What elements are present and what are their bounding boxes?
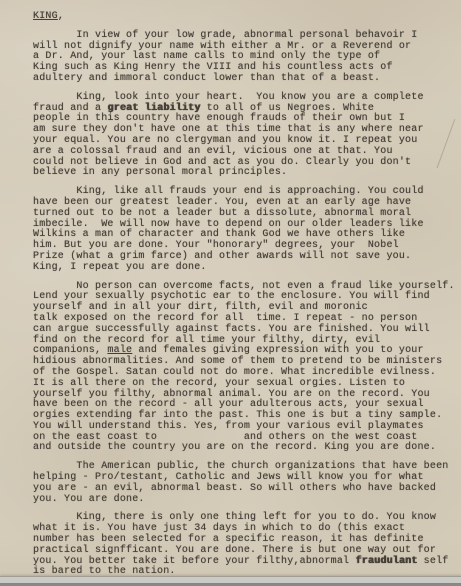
letter-text-segment: find on the record for all time your fil… <box>33 335 380 346</box>
letter-text-segment: Prize (what a grim farce) and other awar… <box>33 251 411 262</box>
letter-text-segment: him. But you are done. Your "honorary" d… <box>33 240 399 251</box>
scan-edge <box>0 576 461 583</box>
letter-text-segment: believe in any personal moral principles… <box>33 167 287 178</box>
letter-page: KING, In view of your low grade, abnorma… <box>0 0 461 583</box>
letter-text-segment: and outside the country you are on the r… <box>33 442 436 453</box>
letter-text-segment: your equal. You are no clergyman and you… <box>33 135 417 146</box>
letter-text-segment: number has been selected for a specific … <box>33 534 424 545</box>
overstruck-text: fraudulant <box>355 556 417 567</box>
letter-text-segment: self <box>417 556 448 567</box>
letter-line: KING, <box>33 12 457 23</box>
letter-text-segment: In view of your low grade, abnormal pers… <box>33 30 417 41</box>
letter-text-segment: It is all there on the record, your sexu… <box>33 378 405 389</box>
letter-text-segment: you. You better take it before your filt… <box>33 556 355 567</box>
letter-text-segment: practical signfficant. You are done. The… <box>33 545 436 556</box>
underlined-text: male <box>107 345 132 356</box>
letter-line: adultery and immoral conduct lower than … <box>33 74 457 85</box>
letter-paragraph: King, look into your heart. You know you… <box>33 93 457 179</box>
letter-text-segment: imbecile. We will now have to depend on … <box>33 219 424 230</box>
letter-text-segment: turned out to be not a leader but a diss… <box>33 208 411 219</box>
letter-text-segment: King, there is only one thing left for y… <box>33 512 436 523</box>
letter-text-segment: can argue successfully against facts. Yo… <box>33 324 430 335</box>
letter-text-segment: King, look into your heart. You know you… <box>33 92 424 103</box>
letter-text-segment: helping - Pro/testant, Catholic and Jews… <box>33 472 424 483</box>
letter-text-segment: and females giving expression with you t… <box>132 345 423 356</box>
letter-text-segment: could not believe in God and act as you … <box>33 157 411 168</box>
letter-text-segment: you are - an evil, abnormal beast. So wi… <box>33 483 436 494</box>
letter-text-segment: orgies extending far into the past. This… <box>33 410 442 421</box>
letter-text-segment: King, like all frauds your end is approa… <box>33 186 424 197</box>
letter-text-segment: what it is. You have just 34 days in whi… <box>33 523 405 534</box>
letter-text-segment: You will understand this. Yes, from your… <box>33 421 424 432</box>
letter-text-segment: King such as King Henry the VIII and his… <box>33 62 393 73</box>
letter-text-segment: people in this country have enough fraud… <box>33 113 405 124</box>
letter-line: believe in any personal moral principles… <box>33 168 457 179</box>
letter-text-segment: talk exposed on the record for all time.… <box>33 313 417 324</box>
letter-text-segment: King, I repeat you are done. <box>33 262 207 273</box>
letter-body: KING, In view of your low grade, abnorma… <box>33 12 457 583</box>
letter-paragraph: No person can overcome facts, not even a… <box>33 282 457 455</box>
letter-text-segment: companions, <box>33 345 107 356</box>
underlined-text: KING <box>33 11 58 22</box>
letter-line: King, I repeat you are done. <box>33 263 457 274</box>
letter-text-segment: Wilkins a man of character and thank God… <box>33 229 405 240</box>
letter-text-segment: fraud and a <box>33 103 107 114</box>
letter-text-segment: you. You are done. <box>33 494 145 505</box>
overstruck-text: great liability <box>107 103 200 114</box>
letter-text-segment: adultery and immoral conduct lower than … <box>33 73 380 84</box>
letter-text-segment: Lend your sexually psychotic ear to the … <box>33 291 430 302</box>
letter-paragraph: King, there is only one thing left for y… <box>33 513 457 578</box>
letter-text-segment: , <box>58 11 64 22</box>
letter-paragraph: The American public, the church organiza… <box>33 462 457 505</box>
letter-text-segment: have been on the record - all your adult… <box>33 399 424 410</box>
letter-text-segment: are a colossal fraud and an evil, viciou… <box>33 146 393 157</box>
letter-paragraph: King, like all frauds your end is approa… <box>33 187 457 273</box>
letter-text-segment: The American public, the church organiza… <box>33 461 448 472</box>
letter-line: and outside the country you are on the r… <box>33 443 457 454</box>
letter-text-segment: of the Gospel. Satan could not do more. … <box>33 367 436 378</box>
letter-text-segment: am sure they don't have one at this time… <box>33 124 424 135</box>
letter-salutation: KING, <box>33 12 457 23</box>
letter-text-segment: have been our greatest leader. You, even… <box>33 197 411 208</box>
letter-text-segment: a Dr. And, your last name calls to mind … <box>33 51 380 62</box>
letter-text-segment: yourself and in all your dirt, filth, ev… <box>33 302 368 313</box>
letter-text-segment: to all of us Negroes. White <box>200 103 374 114</box>
letter-text-segment: hidious abnormalities. And some of them … <box>33 356 442 367</box>
letter-text-segment: No person can overcome facts, not even a… <box>33 281 455 292</box>
letter-paragraph: In view of your low grade, abnormal pers… <box>33 31 457 85</box>
letter-text-segment: will not dignify your name with either a… <box>33 41 411 52</box>
letter-line: you. You are done. <box>33 495 457 506</box>
letter-text-segment: yourself you filthy, abnormal animal. Yo… <box>33 389 430 400</box>
